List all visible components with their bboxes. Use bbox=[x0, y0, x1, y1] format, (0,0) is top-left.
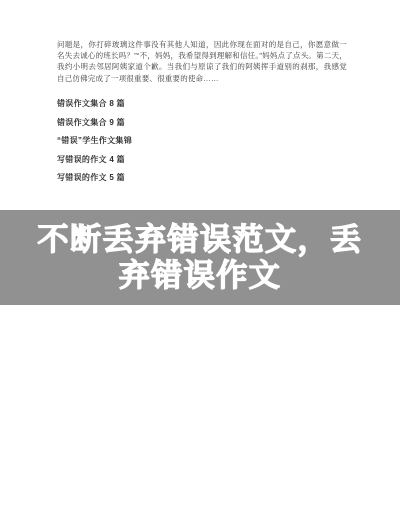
document-page: 问题是，你打碎玻璃这件事没有其他人知道，因此你现在面对的是自己，你愿意做一名失去… bbox=[0, 0, 400, 517]
essay-excerpt-paragraph: 问题是，你打碎玻璃这件事没有其他人知道，因此你现在面对的是自己，你愿意做一名失去… bbox=[57, 39, 347, 84]
related-essay-link[interactable]: 错误作文集合 8 篇 bbox=[57, 95, 357, 114]
page-title-line-1: 不断丢弃错误范文，丢 bbox=[0, 222, 400, 258]
related-essays-list: 错误作文集合 8 篇 错误作文集合 9 篇 “错误”学生作文集锦 写错误的作文 … bbox=[57, 95, 357, 188]
page-title: 不断丢弃错误范文，丢 弃错误作文 bbox=[0, 222, 400, 293]
page-title-line-2: 弃错误作文 bbox=[0, 258, 400, 294]
related-essay-link[interactable]: 写错误的作文 5 篇 bbox=[57, 169, 357, 188]
related-essay-link[interactable]: “错误”学生作文集锦 bbox=[57, 132, 357, 151]
related-essay-link[interactable]: 错误作文集合 9 篇 bbox=[57, 114, 357, 133]
related-essay-link[interactable]: 写错误的作文 4 篇 bbox=[57, 151, 357, 170]
title-banner: 不断丢弃错误范文，丢 弃错误作文 bbox=[0, 210, 400, 305]
